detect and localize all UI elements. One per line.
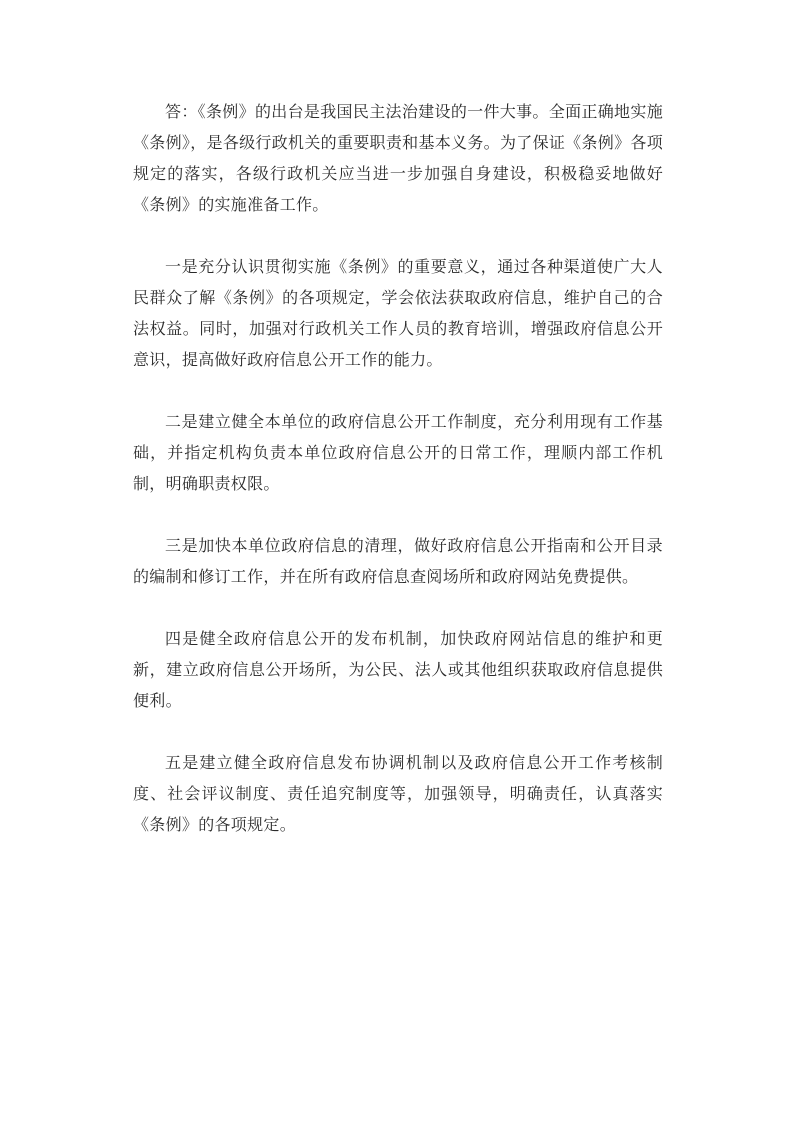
paragraph-point-two: 二是建立健全本单位的政府信息公开工作制度，充分利用现有工作基础，并指定机构负责本… <box>133 406 663 499</box>
paragraph-point-three: 三是加快本单位政府信息的清理，做好政府信息公开指南和公开目录的编制和修订工作，并… <box>133 530 663 592</box>
paragraph-point-five: 五是建立健全政府信息发布协调机制以及政府信息公开工作考核制度、社会评议制度、责任… <box>133 747 663 840</box>
paragraph-point-four: 四是健全政府信息公开的发布机制，加快政府网站信息的维护和更新，建立政府信息公开场… <box>133 623 663 716</box>
paragraph-answer-intro: 答：《条例》的出台是我国民主法治建设的一件大事。全面正确地实施《条例》，是各级行… <box>133 96 663 220</box>
document-page: 答：《条例》的出台是我国民主法治建设的一件大事。全面正确地实施《条例》，是各级行… <box>133 96 663 871</box>
paragraph-point-one: 一是充分认识贯彻实施《条例》的重要意义，通过各种渠道使广大人民群众了解《条例》的… <box>133 251 663 375</box>
